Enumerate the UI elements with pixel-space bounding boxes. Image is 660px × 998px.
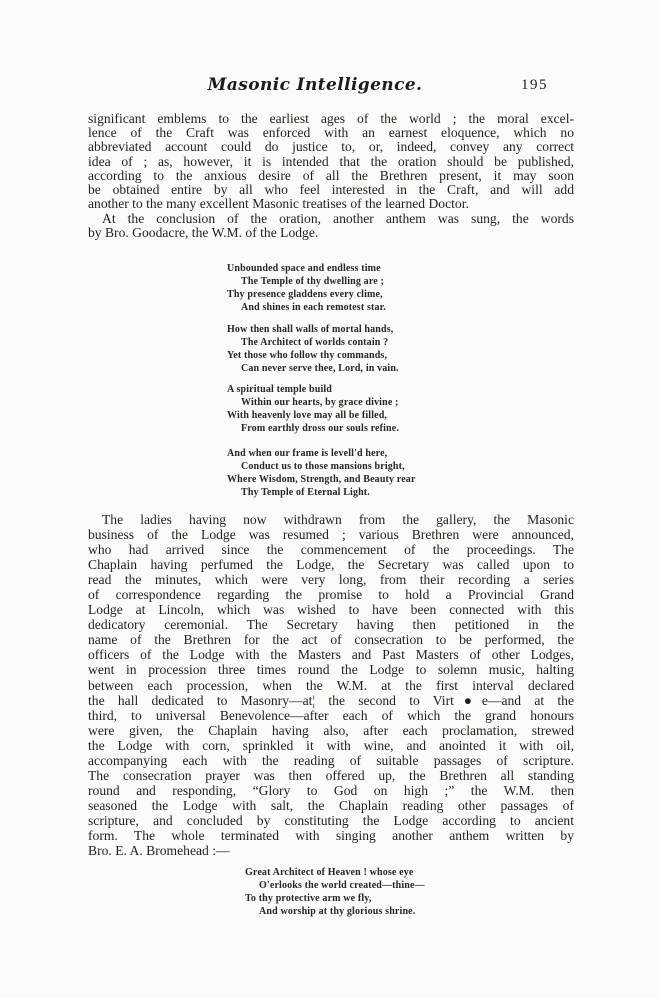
verse-line: The Architect of worlds contain ? — [227, 336, 399, 349]
verse-line: Yet those who follow thy commands, — [227, 349, 399, 362]
prose-line: went in procession three times round the… — [88, 662, 574, 677]
prose-line: The consecration prayer was then offered… — [88, 768, 574, 783]
verse-line: And shines in each remotest star. — [227, 301, 386, 314]
prose-line: were given, the Chaplain having also, af… — [88, 723, 574, 738]
prose-line: Chaplain having perfumed the Lodge, the … — [88, 557, 574, 572]
prose-line: Lodge at Lincoln, which was wished to ha… — [88, 602, 574, 617]
prose-line: form. The whole terminated with singing … — [88, 828, 574, 843]
verse-stanza: A spiritual temple buildWithin our heart… — [227, 383, 399, 435]
prose-line: name of the Brethren for the act of cons… — [88, 632, 574, 647]
running-head: Masonic Intelligence. 195 — [88, 75, 574, 97]
prose-line: accompanying each with the reading of su… — [88, 753, 574, 768]
prose-line: idea of ; as, however, it is intended th… — [88, 155, 574, 169]
verse-stanza: Unbounded space and endless timeThe Temp… — [227, 262, 386, 314]
prose-line: who had arrived since the commencement o… — [88, 542, 574, 557]
prose-line: abbreviated account could do justice to,… — [88, 140, 574, 154]
page-title: Masonic Intelligence. — [72, 75, 558, 95]
verse-line: And worship at thy glorious shrine. — [245, 905, 425, 918]
page-number: 195 — [521, 77, 548, 94]
prose-line: be obtained entire by all who feel inter… — [88, 183, 574, 197]
prose-line: scripture, and concluded by constituting… — [88, 813, 574, 828]
verse-line: Can never serve thee, Lord, in vain. — [227, 362, 399, 375]
prose-line: At the conclusion of the oration, anothe… — [88, 212, 574, 226]
verse-line: From earthly dross our souls refine. — [227, 422, 399, 435]
prose-line: another to the many excellent Masonic tr… — [88, 197, 574, 211]
verse-line: With heavenly love may all be filled, — [227, 409, 399, 422]
verse-line: Thy presence gladdens every clime, — [227, 288, 386, 301]
verse-line: Within our hearts, by grace divine ; — [227, 396, 399, 409]
prose-line: third, to universal Benevolence—after ea… — [88, 708, 574, 723]
prose-line: The ladies having now withdrawn from the… — [88, 512, 574, 527]
prose-line: officers of the Lodge with the Masters a… — [88, 647, 574, 662]
prose-line: read the minutes, which were very long, … — [88, 572, 574, 587]
verse-line: O'erlooks the world created—thine— — [245, 879, 425, 892]
prose-line: significant emblems to the earliest ages… — [88, 112, 574, 126]
verse-stanza: And when our frame is levell'd here,Cond… — [227, 447, 416, 499]
verse-line: Thy Temple of Eternal Light. — [227, 486, 416, 499]
prose-line: of correspondence regarding the promise … — [88, 587, 574, 602]
prose-line: the hall dedicated to Masonry—at¦ the se… — [88, 693, 574, 708]
prose-paragraph: significant emblems to the earliest ages… — [88, 112, 574, 211]
verse-line: Conduct us to those mansions bright, — [227, 460, 416, 473]
prose-line: business of the Lodge was resumed ; vari… — [88, 527, 574, 542]
prose-line: Bro. E. A. Bromehead :— — [88, 843, 574, 858]
prose-line: between each procession, when the W.M. a… — [88, 678, 574, 693]
prose-line: dedicatory ceremonial. The Secretary hav… — [88, 617, 574, 632]
prose-line: by Bro. Goodacre, the W.M. of the Lodge. — [88, 226, 574, 240]
prose-paragraph: At the conclusion of the oration, anothe… — [88, 212, 574, 240]
verse-line: Where Wisdom, Strength, and Beauty rear — [227, 473, 416, 486]
verse-line: A spiritual temple build — [227, 383, 399, 396]
verse-line: How then shall walls of mortal hands, — [227, 323, 399, 336]
prose-line: lence of the Craft was enforced with an … — [88, 126, 574, 140]
verse-line: Great Architect of Heaven ! whose eye — [245, 866, 425, 879]
prose-line: round and responding, “Glory to God on h… — [88, 783, 574, 798]
verse-line: The Temple of thy dwelling are ; — [227, 275, 386, 288]
scanned-book-page: Masonic Intelligence. 195 significant em… — [0, 0, 660, 998]
verse-line: To thy protective arm we fly, — [245, 892, 425, 905]
verse-line: And when our frame is levell'd here, — [227, 447, 416, 460]
prose-line: seasoned the Lodge with salt, the Chapla… — [88, 798, 574, 813]
verse-stanza: Great Architect of Heaven ! whose eyeO'e… — [245, 866, 425, 918]
verse-line: Unbounded space and endless time — [227, 262, 386, 275]
prose-line: according to the anxious desire of all t… — [88, 169, 574, 183]
prose-line: the Lodge with corn, sprinkled it with w… — [88, 738, 574, 753]
verse-stanza: How then shall walls of mortal hands,The… — [227, 323, 399, 375]
prose-paragraph: The ladies having now withdrawn from the… — [88, 512, 574, 858]
